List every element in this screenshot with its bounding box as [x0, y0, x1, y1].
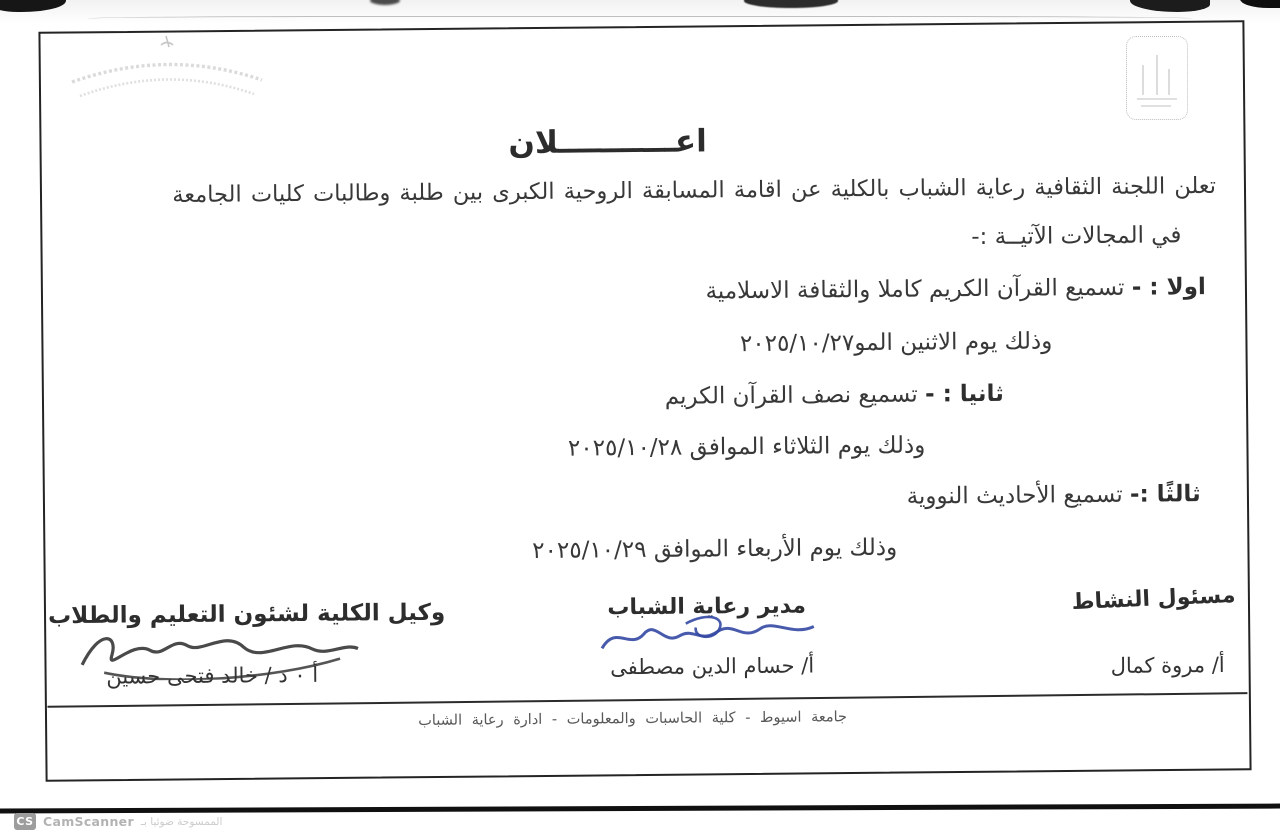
item-first-label: اولا : - [1132, 274, 1206, 301]
announcement-title: اعـــــــــــلان [0, 119, 1218, 166]
item-second-date: وذلك يوم الثلاثاء الموافق ٢٠٢٥/١٠/٢٨ [568, 433, 925, 462]
item-second-text: تسميع نصف القرآن الكريم [665, 382, 918, 410]
camscanner-note: الممسوحة ضوئيا بـ [141, 816, 222, 828]
item-third-text: تسميع الأحاديث النووية [907, 482, 1123, 510]
item-first-date: وذلك يوم الاثنين المو٢٠٢٥/١٠/٢٧ [740, 328, 1053, 357]
signature-name-vice-dean: أ ٠ د / خالد فتحى حسين [47, 662, 377, 689]
item-first-text: تسميع القرآن الكريم كاملا والثقافة الاسل… [705, 275, 1124, 305]
signature-handwriting-supervisor: مروة كمال [0, 0, 1273, 119]
camscanner-watermark: CS CamScanner الممسوحة ضوئيا بـ [14, 813, 222, 830]
intro-line-2: في المجالات الآتيــة :- [971, 222, 1181, 250]
signature-name-supervisor: أ/ مروة كمال [1080, 653, 1255, 679]
footer-institution-line: جامعة اسيوط - كلية الحاسبات والمعلومات -… [398, 709, 868, 729]
item-third-date: وذلك يوم الأربعاء الموافق ٢٠٢٥/١٠/٢٩ [532, 535, 897, 564]
item-third: ثالثًا :- تسميع الأحاديث النووية [907, 481, 1201, 510]
camscanner-brand: CamScanner [43, 814, 134, 829]
item-third-label: ثالثًا :- [1130, 481, 1201, 508]
intro-line-1: تعلن اللجنة الثقافية رعاية الشباب بالكلي… [172, 173, 1216, 208]
signature-name-director: أ/ حسام الدين مصطفى [562, 653, 862, 680]
signature-role-supervisor: مسئول النشاط [1053, 582, 1254, 616]
camscanner-badge-icon: CS [14, 813, 36, 830]
item-first: اولا : - تسميع القرآن الكريم كاملا والثق… [705, 274, 1206, 304]
scanned-announcement-document: اعـــــــــــلان تعلن اللجنة الثقافية رع… [0, 0, 1280, 838]
item-second-label: ثانيا : - [925, 381, 1004, 408]
item-second: ثانيا : - تسميع نصف القرآن الكريم [665, 381, 1004, 410]
footer-separator-line [47, 692, 1247, 708]
